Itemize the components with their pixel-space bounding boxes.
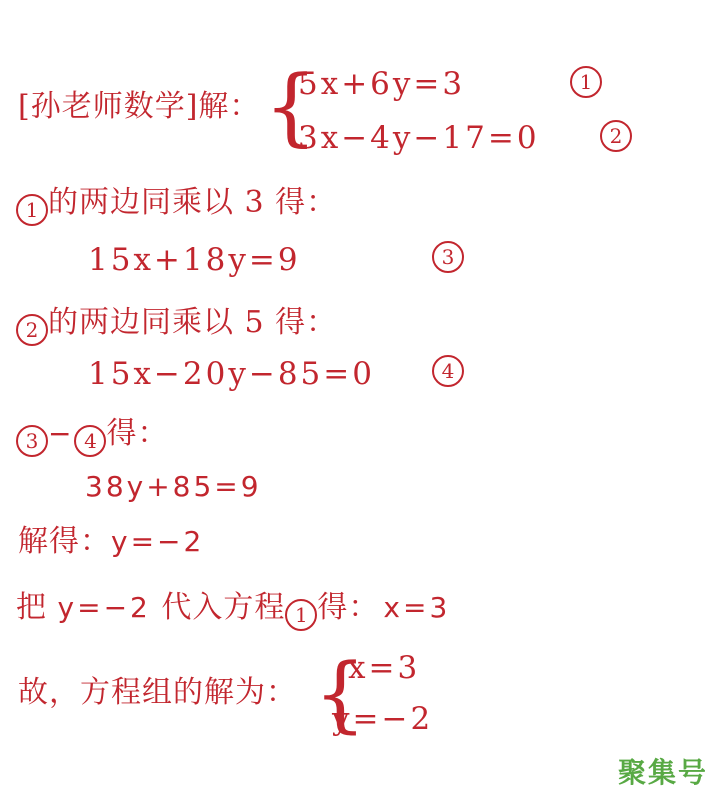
final-x-equation: x=3 [348, 650, 420, 686]
circled-number-2: 2 [600, 120, 632, 152]
step5-x-value: x=3 [383, 591, 450, 624]
math-solution-page: [孙老师数学]解： { 5x+6y=3 1 3x−4y−17=0 2 1的两边同… [0, 0, 705, 793]
step3-circled-number-a: 3 [16, 425, 48, 457]
circled-number-1: 1 [570, 66, 602, 98]
circled-number-3: 3 [432, 241, 464, 273]
step5-y-value: y=−2 [58, 591, 151, 624]
step1-text: 的两边同乘以 3 得： [48, 185, 337, 220]
step3-text: 得： [106, 416, 168, 451]
step4-result: y=−2 [111, 525, 204, 558]
step5-line: 把 y=−2 代入方程1得：x=3 [16, 589, 450, 631]
final-y-equation: y=−2 [332, 701, 433, 737]
equation-5: 38y+85=9 [85, 470, 262, 504]
conclusion-label: 故，方程组的解为： [18, 674, 297, 712]
equation-3: 15x+18y=9 [88, 242, 301, 278]
equation-1: 5x+6y=3 [298, 66, 465, 102]
step2-circled-number: 2 [16, 314, 48, 346]
step5-mid-text: 代入方程 [151, 590, 286, 625]
step5-pre-text: 把 [16, 590, 58, 625]
step4-label: 解得： [18, 524, 111, 559]
intro-label: [孙老师数学]解： [18, 88, 260, 126]
step2-text: 的两边同乘以 5 得： [48, 305, 337, 340]
step5-circled-number: 1 [285, 599, 317, 631]
step3-circled-number-b: 4 [74, 425, 106, 457]
equation-2: 3x−4y−17=0 [298, 120, 540, 156]
watermark-logo: 聚集号 [618, 751, 705, 791]
step3-minus-sign: − [48, 417, 74, 450]
step1-circled-number: 1 [16, 194, 48, 226]
step5-post-text: 得： [317, 590, 379, 625]
equation-4: 15x−20y−85=0 [88, 356, 375, 392]
circled-number-4: 4 [432, 355, 464, 387]
step4-line: 解得：y=−2 [18, 523, 204, 561]
step3-line: 3−4得： [16, 415, 168, 457]
step2-line: 2的两边同乘以 5 得： [16, 304, 337, 346]
step1-line: 1的两边同乘以 3 得： [16, 184, 337, 226]
